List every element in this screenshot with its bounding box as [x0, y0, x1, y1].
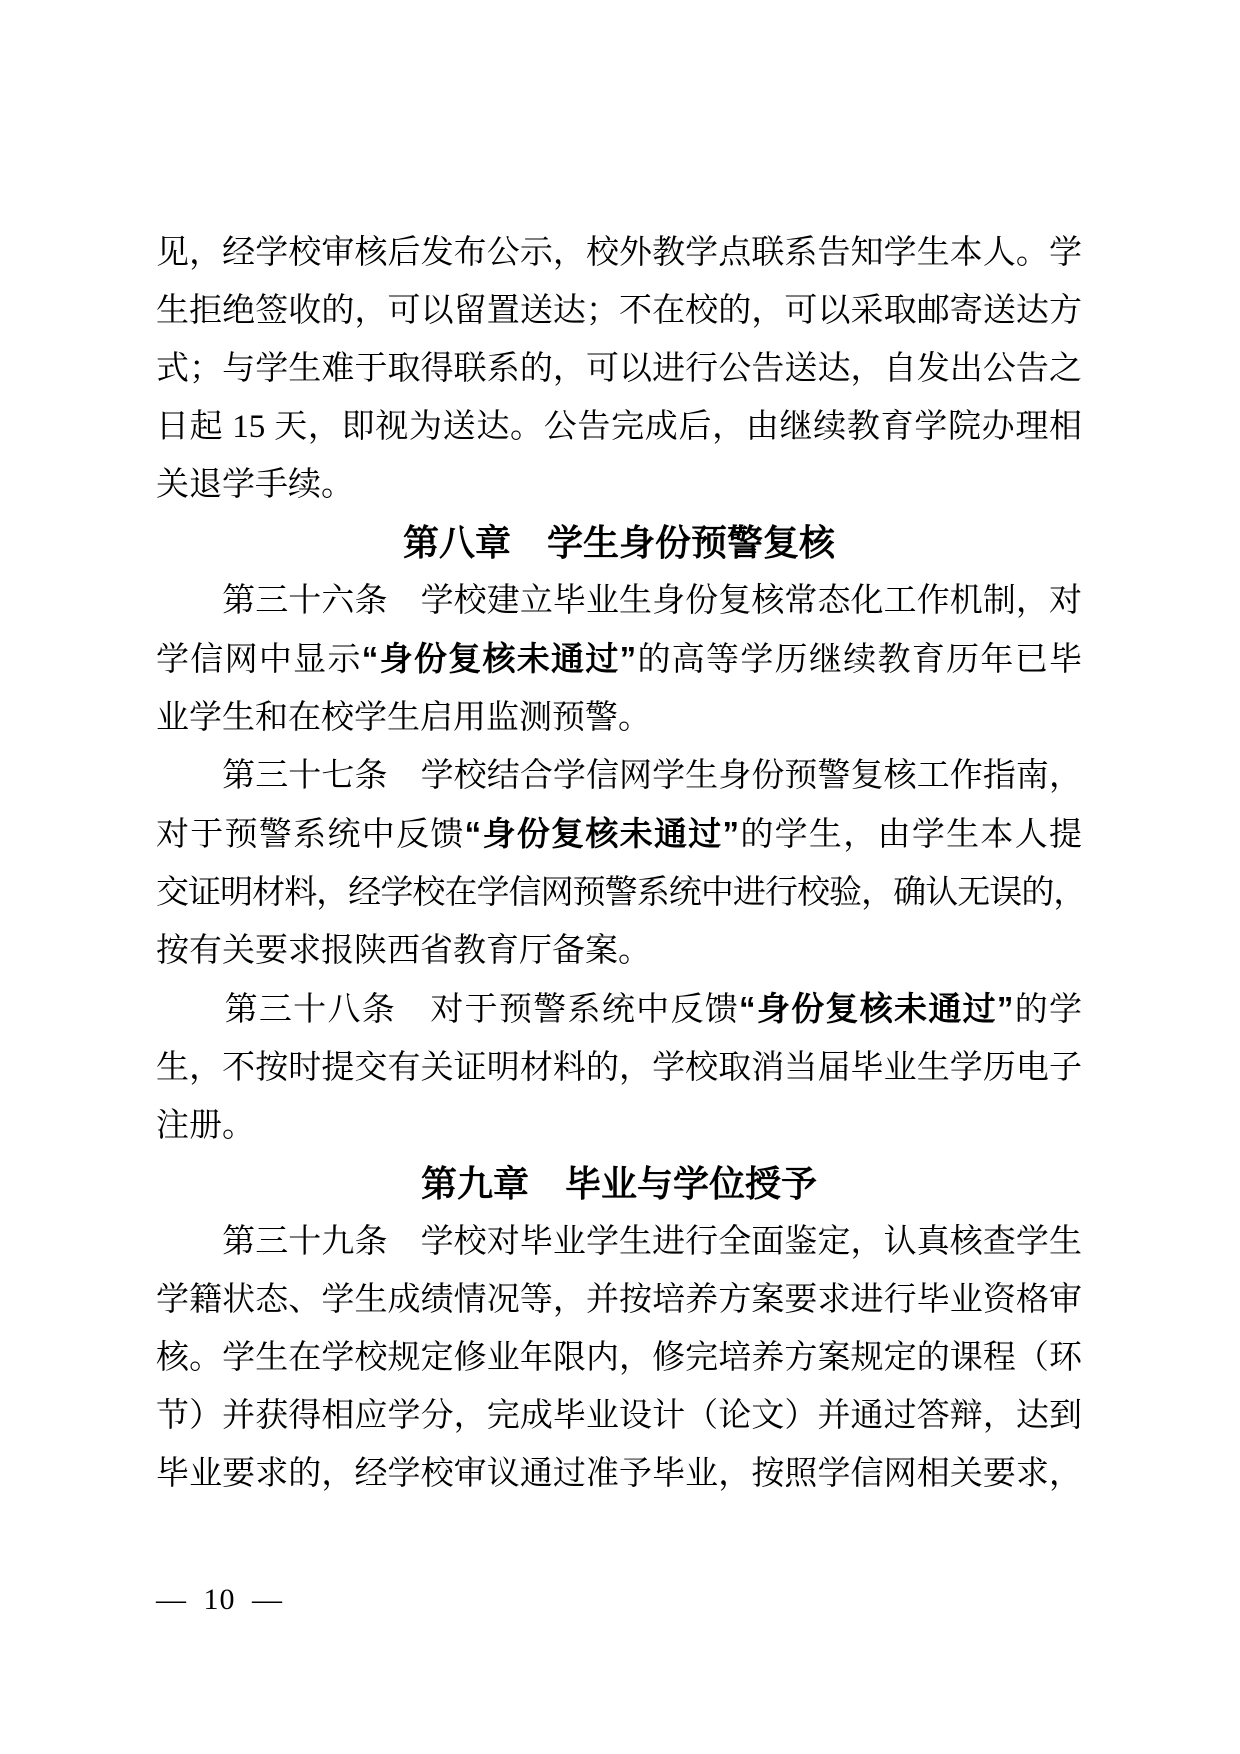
text-line: 学信网中显示“身份复核未通过”的高等学历继续教育历年已毕	[156, 630, 1082, 689]
text-line: 核。学生在学校规定修业年限内，修完培养方案规定的课程（环	[156, 1329, 1082, 1387]
text-segment: 生拒绝签收的，可以留置送达；不在校的，可以采取邮寄送达方	[156, 293, 1082, 329]
text-line: 日起 15 天，即视为送达。公告完成后，由继续教育学院办理相	[156, 398, 1082, 456]
body-paragraph: 第三十九条 学校对毕业学生进行全面鉴定，认真核查学生学籍状态、学生成绩情况等，并…	[156, 1213, 1082, 1503]
text-segment: 的高等学历继续教育历年已毕	[636, 642, 1082, 678]
bold-term: “身份复核未通过”	[465, 815, 739, 852]
text-segment: 节）并获得相应学分，完成毕业设计（论文）并通过答辩，达到	[156, 1398, 1082, 1434]
text-segment: 注册。	[156, 1108, 255, 1144]
text-line: 第三十六条 学校建立毕业生身份复核常态化工作机制，对	[156, 572, 1082, 630]
page-number: — 10 —	[156, 1583, 283, 1616]
text-line: 式；与学生难于取得联系的，可以进行公告送达，自发出公告之	[156, 340, 1082, 398]
text-segment: 关退学手续。	[156, 467, 354, 503]
body-paragraph: 第三十八条 对于预警系统中反馈“身份复核未通过”的学生，不按时提交有关证明材料的…	[156, 980, 1082, 1155]
text-segment: 见，经学校审核后发布公示，校外教学点联系告知学生本人。学	[156, 235, 1082, 271]
text-line: 对于预警系统中反馈“身份复核未通过”的学生，由学生本人提	[156, 805, 1082, 864]
text-line: 节）并获得相应学分，完成毕业设计（论文）并通过答辩，达到	[156, 1387, 1082, 1445]
chapter-heading: 第九章 毕业与学位授予	[156, 1155, 1082, 1213]
body-paragraph: 第三十六条 学校建立毕业生身份复核常态化工作机制，对学信网中显示“身份复核未通过…	[156, 572, 1082, 747]
text-line: 毕业要求的，经学校审议通过准予毕业，按照学信网相关要求，	[156, 1445, 1082, 1503]
bold-term: “身份复核未通过”	[739, 990, 1013, 1027]
document-page: 见，经学校审核后发布公示，校外教学点联系告知学生本人。学生拒绝签收的，可以留置送…	[0, 0, 1240, 1754]
body-paragraph: 第三十七条 学校结合学信网学生身份预警复核工作指南，对于预警系统中反馈“身份复核…	[156, 747, 1082, 980]
text-segment: 对于预警系统中反馈	[156, 817, 465, 853]
text-segment: 按有关要求报陕西省教育厅备案。	[156, 933, 651, 969]
text-segment: 第三十九条 学校对毕业学生进行全面鉴定，认真核查学生	[156, 1224, 1082, 1260]
text-segment: 核。学生在学校规定修业年限内，修完培养方案规定的课程（环	[156, 1340, 1082, 1376]
text-segment: 第三十八条 对于预警系统中反馈	[156, 992, 739, 1028]
text-line: 注册。	[156, 1097, 1082, 1155]
text-line: 第三十八条 对于预警系统中反馈“身份复核未通过”的学	[156, 980, 1082, 1039]
text-line: 第三十九条 学校对毕业学生进行全面鉴定，认真核查学生	[156, 1213, 1082, 1271]
body-paragraph: 见，经学校审核后发布公示，校外教学点联系告知学生本人。学生拒绝签收的，可以留置送…	[156, 224, 1082, 514]
chapter-heading: 第八章 学生身份预警复核	[156, 514, 1082, 572]
text-line: 生拒绝签收的，可以留置送达；不在校的，可以采取邮寄送达方	[156, 282, 1082, 340]
text-line: 见，经学校审核后发布公示，校外教学点联系告知学生本人。学	[156, 224, 1082, 282]
text-segment: 第三十七条 学校结合学信网学生身份预警复核工作指南，	[156, 758, 1082, 794]
bold-term: “身份复核未通过”	[362, 640, 636, 677]
text-segment: 生，不按时提交有关证明材料的，学校取消当届毕业生学历电子	[156, 1050, 1082, 1086]
text-line: 第三十七条 学校结合学信网学生身份预警复核工作指南，	[156, 747, 1082, 805]
text-segment: 毕业要求的，经学校审议通过准予毕业，按照学信网相关要求，	[156, 1456, 1082, 1492]
text-segment: 的学生，由学生本人提	[739, 817, 1082, 853]
text-segment: 第三十六条 学校建立毕业生身份复核常态化工作机制，对	[156, 583, 1082, 619]
text-line: 业学生和在校学生启用监测预警。	[156, 689, 1082, 747]
text-line: 交证明材料，经学校在学信网预警系统中进行校验，确认无误的，	[156, 864, 1082, 922]
text-segment: 日起 15 天，即视为送达。公告完成后，由继续教育学院办理相	[156, 409, 1082, 445]
text-line: 生，不按时提交有关证明材料的，学校取消当届毕业生学历电子	[156, 1039, 1082, 1097]
document-body: 见，经学校审核后发布公示，校外教学点联系告知学生本人。学生拒绝签收的，可以留置送…	[156, 224, 1082, 1503]
text-segment: 式；与学生难于取得联系的，可以进行公告送达，自发出公告之	[156, 351, 1082, 387]
text-segment: 交证明材料，经学校在学信网预警系统中进行校验，确认无误的，	[156, 875, 1085, 911]
text-segment: 学信网中显示	[156, 642, 362, 678]
text-segment: 业学生和在校学生启用监测预警。	[156, 700, 651, 736]
text-line: 关退学手续。	[156, 456, 1082, 514]
page-footer: — 10 —	[156, 1582, 283, 1618]
text-line: 按有关要求报陕西省教育厅备案。	[156, 922, 1082, 980]
text-line: 学籍状态、学生成绩情况等，并按培养方案要求进行毕业资格审	[156, 1271, 1082, 1329]
text-segment: 学籍状态、学生成绩情况等，并按培养方案要求进行毕业资格审	[156, 1282, 1082, 1318]
text-segment: 的学	[1013, 992, 1082, 1028]
